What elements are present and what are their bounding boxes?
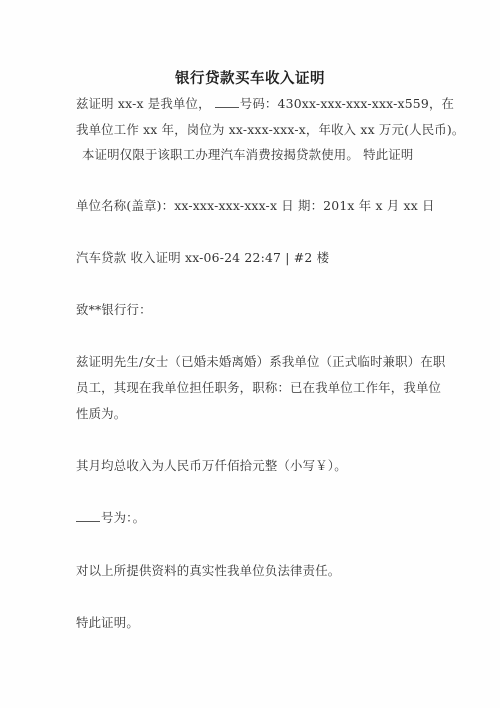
certification-line-1: 兹证明 xx-x 是我单位，号码：430xx-xxx-xxx-xxx-x559，…	[76, 94, 454, 112]
certification-line-2: 我单位工作 xx 年，岗位为 xx-xxx-xxx-x，年收入 xx 万元(人民…	[76, 120, 465, 138]
blank-field	[215, 96, 239, 108]
closing-line: 特此证明。	[76, 613, 139, 631]
id-line: 号为：。	[76, 508, 145, 526]
blank-field	[76, 510, 100, 522]
certification-line-1-start: 兹证明 xx-x 是我单位，	[76, 96, 211, 111]
paragraph-line-3: 性质为。	[76, 404, 126, 422]
id-line-text: 号为：。	[101, 510, 145, 525]
certification-line-3: 本证明仅限于该职工办理汽车消费按揭贷款使用。 特此证明	[82, 145, 414, 163]
liability-line: 对以上所提供资料的真实性我单位负法律责任。	[76, 561, 340, 579]
document-page: 银行贷款买车收入证明 兹证明 xx-x 是我单位，号码：430xx-xxx-xx…	[0, 0, 500, 708]
document-title: 银行贷款买车收入证明	[0, 67, 500, 88]
post-meta: 汽车贷款 收入证明 xx-06-24 22:47 | #2 楼	[76, 248, 329, 266]
salutation: 致**银行行：	[76, 300, 152, 318]
income-line: 其月均总收入为人民币万仟佰拾元整（小写￥）。	[76, 456, 347, 474]
paragraph-line-2: 员工，其现在我单位担任职务，职称：已在我单位工作年，我单位	[76, 378, 441, 396]
certification-line-1-end: 号码：430xx-xxx-xxx-xxx-x559，在	[240, 96, 454, 111]
signature-line: 单位名称(盖章)：xx-xxx-xxx-xxx-x 日 期：201x 年 x 月…	[76, 196, 435, 214]
paragraph-line-1: 兹证明先生/女士（已婚未婚离婚）系我单位（正式临时兼职）在职	[76, 352, 446, 370]
